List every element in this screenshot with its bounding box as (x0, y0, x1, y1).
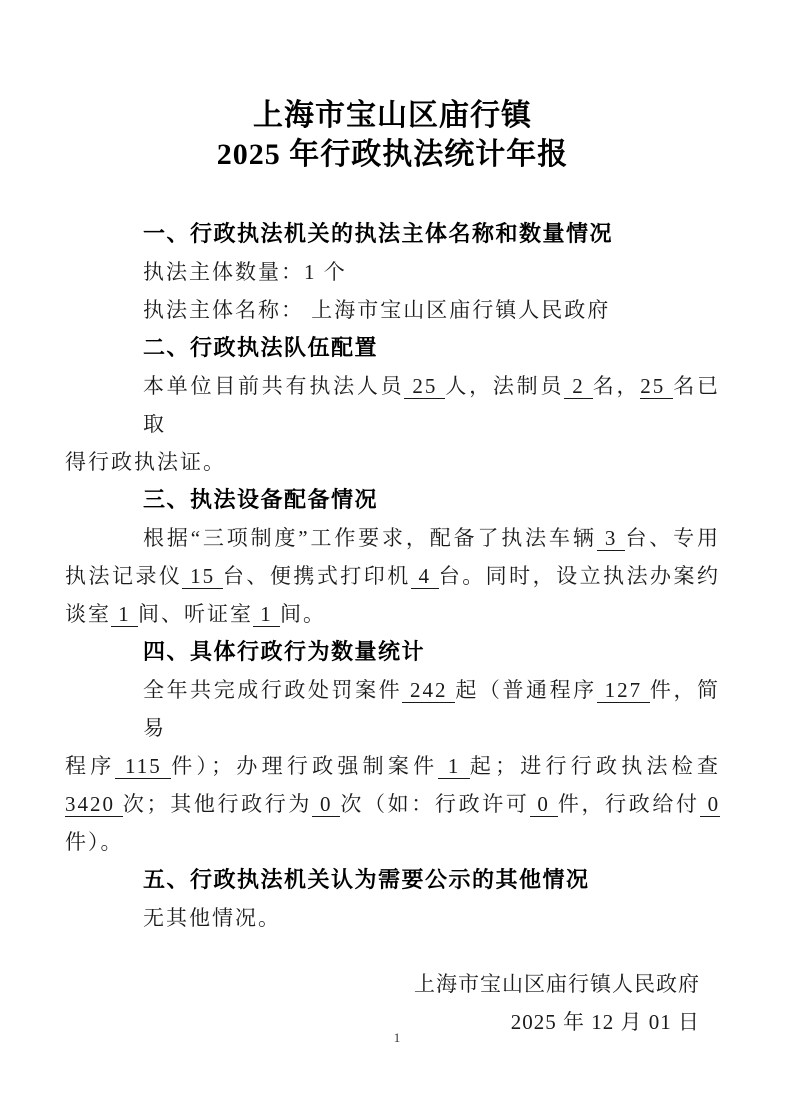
text-segment: 起（普通程序 (455, 678, 596, 702)
underlined-value: 25 (404, 374, 445, 399)
underlined-value: 1 (253, 602, 280, 627)
text-segment: 台。同时，设立执法办案约 (439, 564, 720, 588)
paragraph-line: 执法主体数量：1 个 (65, 253, 720, 291)
underlined-value: 0 (530, 792, 558, 817)
text-segment: 台、专用 (625, 526, 720, 550)
paragraph-line: 执法记录仪 15 台、便携式打印机 4 台。同时，设立执法办案约 (65, 557, 720, 595)
page-number: 1 (0, 1028, 794, 1048)
document-content: 上海市宝山区庙行镇 2025 年行政执法统计年报 一、行政执法机关的执法主体名称… (65, 0, 720, 1041)
section: 一、行政执法机关的执法主体名称和数量情况执法主体数量：1 个执法主体名称： 上海… (65, 215, 720, 329)
text-segment: 台、便携式打印机 (223, 564, 411, 588)
text-segment: 执法记录仪 (65, 564, 182, 588)
document-title: 上海市宝山区庙行镇 2025 年行政执法统计年报 (65, 96, 720, 174)
text-segment: 执法主体名称： 上海市宝山区庙行镇人民政府 (143, 298, 610, 322)
text-segment: 程序 (65, 754, 115, 778)
text-segment: 间、听证室 (138, 602, 253, 626)
text-segment: 谈室 (65, 602, 111, 626)
paragraph-line: 根据“三项制度”工作要求，配备了执法车辆 3 台、专用 (65, 519, 720, 557)
paragraph-line: 全年共完成行政处罚案件 242 起（普通程序 127 件，简易 (65, 671, 720, 747)
underlined-value: 1 (438, 754, 469, 779)
section-heading: 三、执法设备配备情况 (65, 481, 720, 519)
text-segment: 件）；办理行政强制案件 (171, 754, 438, 778)
paragraph-line: 无其他情况。 (65, 899, 720, 937)
section: 二、行政执法队伍配置本单位目前共有执法人员 25 人，法制员 2 名，25 名已… (65, 329, 720, 481)
paragraph-line: 3420 次；其他行政行为 0 次（如：行政许可 0 件，行政给付 0 (65, 785, 720, 823)
underlined-value: 25 (640, 374, 673, 399)
section: 三、执法设备配备情况根据“三项制度”工作要求，配备了执法车辆 3 台、专用执法记… (65, 481, 720, 633)
underlined-value: 127 (597, 678, 650, 703)
underlined-value: 0 (700, 792, 720, 817)
section: 五、行政执法机关认为需要公示的其他情况无其他情况。 (65, 861, 720, 937)
underlined-value: 3 (597, 526, 626, 551)
text-segment: 起；进行行政执法检查 (470, 754, 720, 778)
section-heading: 一、行政执法机关的执法主体名称和数量情况 (65, 215, 720, 253)
title-line-2: 2025 年行政执法统计年报 (65, 135, 720, 174)
paragraph-line: 谈室 1 间、听证室 1 间。 (65, 595, 720, 633)
text-segment: 件，行政给付 (558, 792, 700, 816)
paragraph-line: 件）。 (65, 823, 720, 861)
section-heading: 五、行政执法机关认为需要公示的其他情况 (65, 861, 720, 899)
section: 四、具体行政行为数量统计全年共完成行政处罚案件 242 起（普通程序 127 件… (65, 633, 720, 861)
title-line-1: 上海市宝山区庙行镇 (65, 96, 720, 135)
underlined-value: 15 (182, 564, 222, 589)
signature-org: 上海市宝山区庙行镇人民政府 (65, 965, 700, 1003)
text-segment: 无其他情况。 (143, 906, 281, 930)
underlined-value: 0 (312, 792, 340, 817)
section-heading: 二、行政执法队伍配置 (65, 329, 720, 367)
underlined-value: 115 (115, 754, 171, 779)
text-segment: 根据“三项制度”工作要求，配备了执法车辆 (143, 526, 597, 550)
text-segment: 得行政执法证。 (65, 450, 226, 474)
underlined-value: 4 (411, 564, 439, 589)
paragraph-line: 本单位目前共有执法人员 25 人，法制员 2 名，25 名已取 (65, 367, 720, 443)
text-segment: 人，法制员 (445, 374, 564, 398)
section-heading: 四、具体行政行为数量统计 (65, 633, 720, 671)
text-segment: 本单位目前共有执法人员 (143, 374, 404, 398)
text-segment: 件）。 (65, 830, 124, 854)
paragraph-line: 执法主体名称： 上海市宝山区庙行镇人民政府 (65, 291, 720, 329)
underlined-value: 2 (564, 374, 593, 399)
text-segment: 名， (593, 374, 641, 398)
text-segment: 次；其他行政行为 (123, 792, 312, 816)
text-segment: 间。 (280, 602, 326, 626)
paragraph-line: 程序 115 件）；办理行政强制案件 1 起；进行行政执法检查 (65, 747, 720, 785)
underlined-value: 1 (111, 602, 138, 627)
document-sections: 一、行政执法机关的执法主体名称和数量情况执法主体数量：1 个执法主体名称： 上海… (65, 215, 720, 937)
underlined-value: 3420 (65, 792, 123, 817)
text-segment: 全年共完成行政处罚案件 (143, 678, 402, 702)
document-page: 上海市宝山区庙行镇 2025 年行政执法统计年报 一、行政执法机关的执法主体名称… (0, 0, 794, 1093)
text-segment: 执法主体数量：1 个 (143, 260, 347, 284)
underlined-value: 242 (402, 678, 455, 703)
paragraph-line: 得行政执法证。 (65, 443, 720, 481)
text-segment: 次（如：行政许可 (340, 792, 529, 816)
